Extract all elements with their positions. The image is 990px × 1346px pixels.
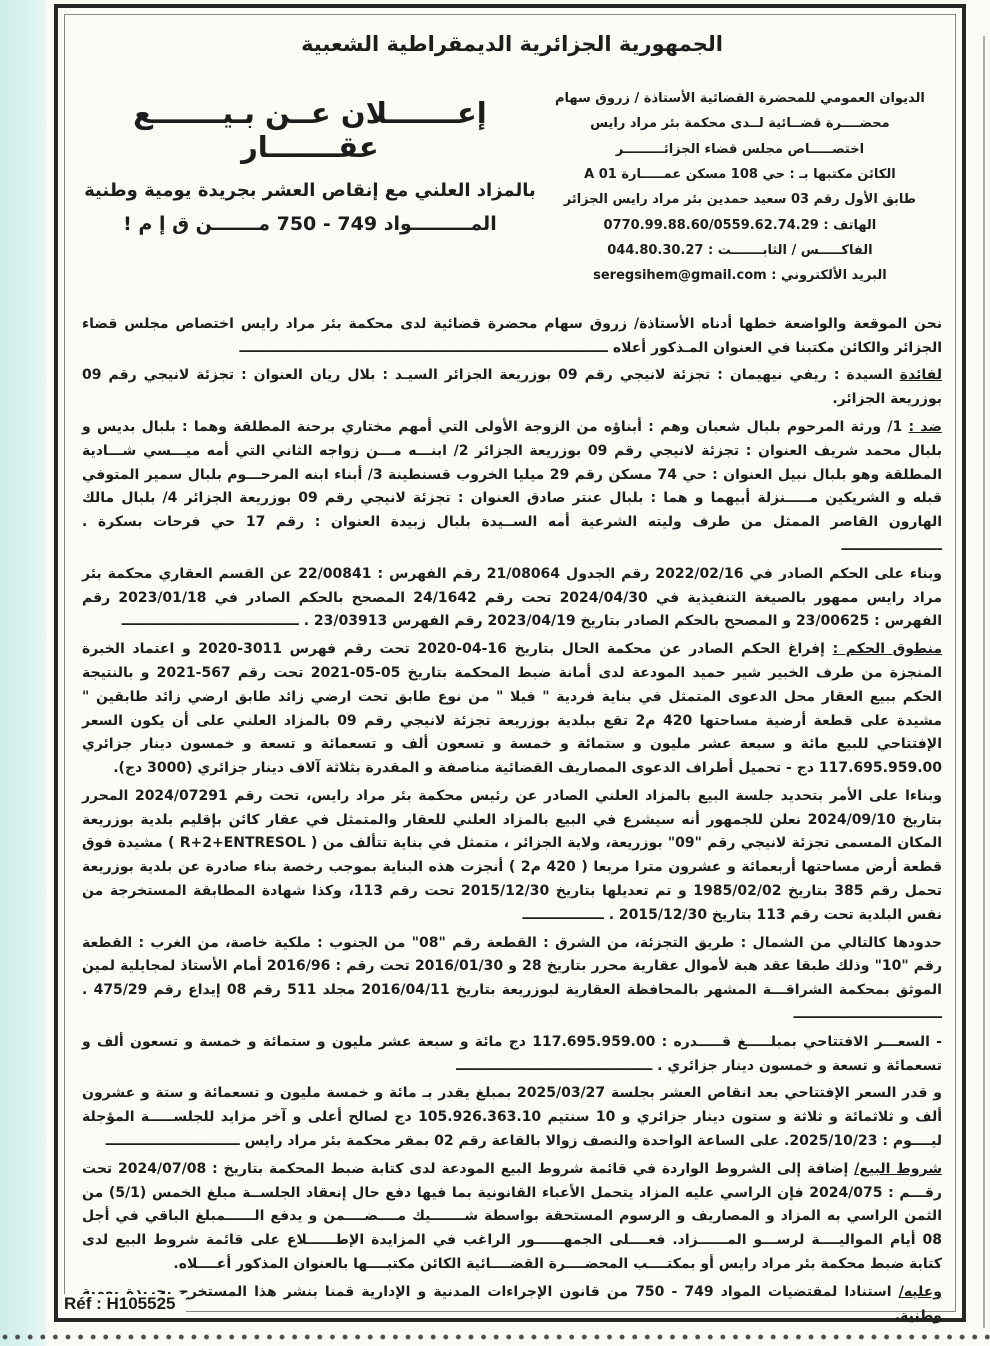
office-phone-line: الهاتف : 0770.99.88.60/0559.62.74.29 <box>538 213 942 238</box>
defendants-paragraph: ضد : 1/ ورثة المرحوم بلبال شعبان وهم : أ… <box>82 416 942 559</box>
announcement-title: إعـــــــلان عــن بـيـــــــع عقـــــــا… <box>82 96 538 164</box>
office-email-line: البريد الألكتروني : seregsihem@gmail.com <box>538 263 942 288</box>
announcement-articles: المـــــــــواد 749 - 750 مـــــــن ق إ … <box>82 213 538 235</box>
judgment-reference-paragraph: وبناء على الحكم الصادر في 2022/02/16 رقم… <box>82 563 942 634</box>
header-columns: الديوان العمومي للمحضرة القضائية الأستاذ… <box>82 86 942 289</box>
announcement-subtitle: بالمزاد العلني مع إنقاص العشر بجريدة يوم… <box>82 180 538 201</box>
reference-number: Réf : H105525 <box>60 1294 186 1314</box>
announcement-body: نحن الموقعة والواضعة خطها أدناه الأستاذة… <box>82 313 942 1329</box>
perforation-dots <box>0 1332 990 1342</box>
document-content: الجمهورية الجزائرية الديمقراطية الشعبية … <box>58 8 962 1318</box>
office-line: الكائن مكتبها بـ : حي 108 مسكن عمـــــار… <box>538 162 942 187</box>
republic-title: الجمهورية الجزائرية الديمقراطية الشعبية <box>82 32 942 56</box>
announcement-title-block: إعـــــــلان عــن بـيـــــــع عقـــــــا… <box>82 86 538 235</box>
closing-paragraph: وعليه/ استنادا لمقتضيات المواد 749 - 750… <box>82 1281 942 1329</box>
intro-paragraph: نحن الموقعة والواضعة خطها أدناه الأستاذة… <box>82 313 942 361</box>
office-line: محضــــرة قضــائية لــدى محكمة بئر مراد … <box>538 111 942 136</box>
boundaries-paragraph: حدودها كالتالي من الشمال : طريق التجزئة،… <box>82 932 942 1027</box>
beneficiary-paragraph: لفائدة السيدة : ريفي نيهيمان : تجزئة لان… <box>82 364 942 412</box>
auction-session-paragraph: وبناءا على الأمر بتحديد جلسة البيع بالمز… <box>82 785 942 928</box>
page-edge-line <box>983 36 985 1328</box>
scanner-background-strip <box>0 0 46 1346</box>
opening-price-paragraph: - السعـــر الافتتاحي بمبلـــــغ قـــــدر… <box>82 1031 942 1079</box>
office-fax-line: الفاكـــــس / الثابـــــــت : 044.80.30.… <box>538 238 942 263</box>
judgment-operative-paragraph: منطوق الحكم : إفراغ الحكم الصادر عن محكم… <box>82 638 942 781</box>
office-line: الديوان العمومي للمحضرة القضائية الأستاذ… <box>538 86 942 111</box>
office-line: طابق الأول رقم 03 سعيد حمدين بئر مراد را… <box>538 187 942 212</box>
reduced-price-paragraph: و قدر السعر الإفتتاحي بعد انقاص العشر بج… <box>82 1082 942 1153</box>
bailiff-office-block: الديوان العمومي للمحضرة القضائية الأستاذ… <box>538 86 942 289</box>
office-line: اختصـــــاص مجلس قضاء الجزائـــــــــر <box>538 137 942 162</box>
sale-conditions-paragraph: شروط البيع/ إضافة إلى الشروط الواردة في … <box>82 1158 942 1277</box>
document-frame: الجمهورية الجزائرية الديمقراطية الشعبية … <box>54 4 966 1322</box>
